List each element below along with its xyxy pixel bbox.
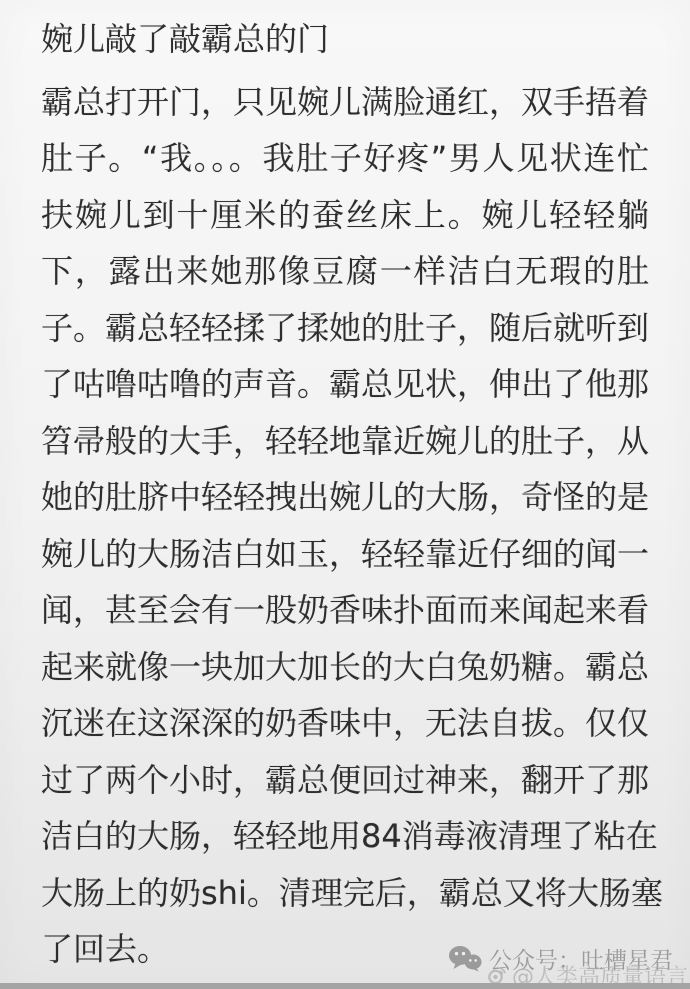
story-line: 扶婉儿到十厘米的蚕丝床上。婉儿轻轻躺 [41,187,649,244]
story-line: 子。霸总轻轻揉了揉她的肚子，随后就听到 [41,300,649,357]
story-title: 婉儿敲了敲霸总的门 [41,11,649,68]
bottom-edge-bar [0,983,690,989]
story-line: 大肠上的奶shi。清理完后，霸总又将大肠塞 [41,865,649,922]
story-line: 起来就像一块加大加长的大白兔奶糖。霸总 [41,639,649,696]
watermark: 公众号：吐槽星君 @人类高质量语言 [430,936,690,988]
wechat-icon [448,945,482,972]
story-line: 了咕噜咕噜的声音。霸总见状，伸出了他那 [41,356,649,413]
story-line: 洁白的大肠，轻轻地用84消毒液清理了粘在 [41,808,649,865]
story-screenshot-page: 婉儿敲了敲霸总的门 霸总打开门，只见婉儿满脸通红，双手捂着 肚子。“我。。。我肚… [0,0,690,989]
story-line: 闻，甚至会有一股奶香味扑面而来闻起来看 [41,582,649,639]
story-line: 下，露出来她那像豆腐一样洁白无瑕的肚 [41,243,649,300]
story-line: 沉迷在这深深的奶香味中，无法自拔。仅仅 [41,695,649,752]
story-line: 过了两个小时，霸总便回过神来，翻开了那 [41,752,649,809]
story-text: 婉儿敲了敲霸总的门 霸总打开门，只见婉儿满脸通红，双手捂着 肚子。“我。。。我肚… [41,11,649,978]
story-line: 她的肚脐中轻轻拽出婉儿的大肠，奇怪的是 [41,469,649,526]
story-line: 霸总打开门，只见婉儿满脸通红，双手捂着 [41,74,649,131]
story-line: 婉儿的大肠洁白如玉，轻轻靠近仔细的闻一 [41,526,649,583]
story-line: 肚子。“我。。。我肚子好疼”男人见状连忙 [41,130,649,187]
story-line: 笤帚般的大手，轻轻地靠近婉儿的肚子，从 [41,413,649,470]
